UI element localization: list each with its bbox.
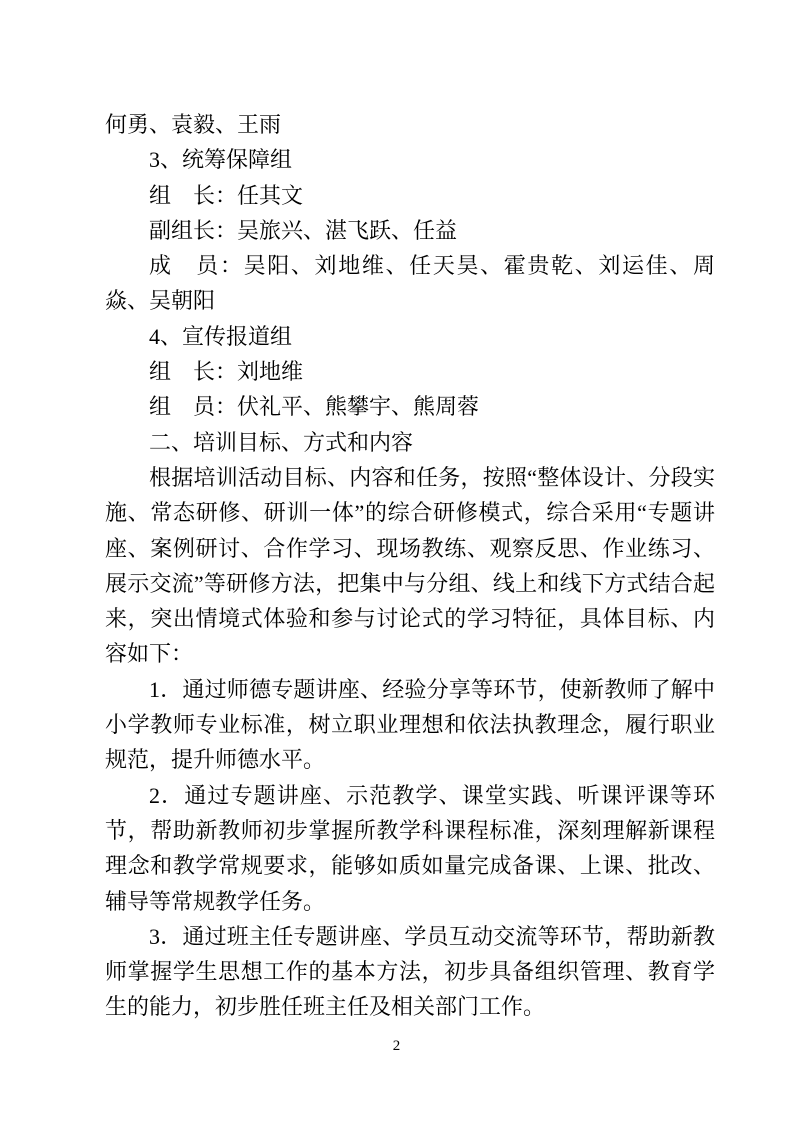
para-objective-2: 2．通过专题讲座、示范教学、课堂实践、听课评课等环节，帮助新教师初步掌握所教学科… [105, 778, 715, 919]
coordination-leader-line: 组 长：任其文 [105, 178, 715, 213]
publicity-leader-line: 组 长：刘地维 [105, 354, 715, 389]
heading-training-objectives: 二、培训目标、方式和内容 [105, 425, 715, 460]
heading-coordination-group: 3、统筹保障组 [105, 142, 715, 177]
publicity-members-line: 组 员：伏礼平、熊攀宇、熊周蓉 [105, 389, 715, 424]
coordination-deputy-line: 副组长：吴旅兴、湛飞跃、任益 [105, 213, 715, 248]
heading-publicity-group: 4、宣传报道组 [105, 319, 715, 354]
document-page: 何勇、袁毅、王雨 3、统筹保障组 组 长：任其文 副组长：吴旅兴、湛飞跃、任益 … [0, 0, 793, 1122]
page-body: 何勇、袁毅、王雨 3、统筹保障组 组 长：任其文 副组长：吴旅兴、湛飞跃、任益 … [105, 107, 715, 1025]
coordination-members-line: 成 员：吴阳、刘地维、任天昊、霍贵乾、刘运佳、周焱、吴朝阳 [105, 248, 715, 319]
continuation-names-line: 何勇、袁毅、王雨 [105, 107, 715, 142]
para-objective-3: 3．通过班主任专题讲座、学员互动交流等环节，帮助新教师掌握学生思想工作的基本方法… [105, 919, 715, 1025]
para-objective-1: 1．通过师德专题讲座、经验分享等环节，使新教师了解中小学教师专业标准，树立职业理… [105, 672, 715, 778]
para-training-overview: 根据培训活动目标、内容和任务，按照“整体设计、分段实施、常态研修、研训一体”的综… [105, 460, 715, 672]
page-number: 2 [0, 1036, 793, 1056]
